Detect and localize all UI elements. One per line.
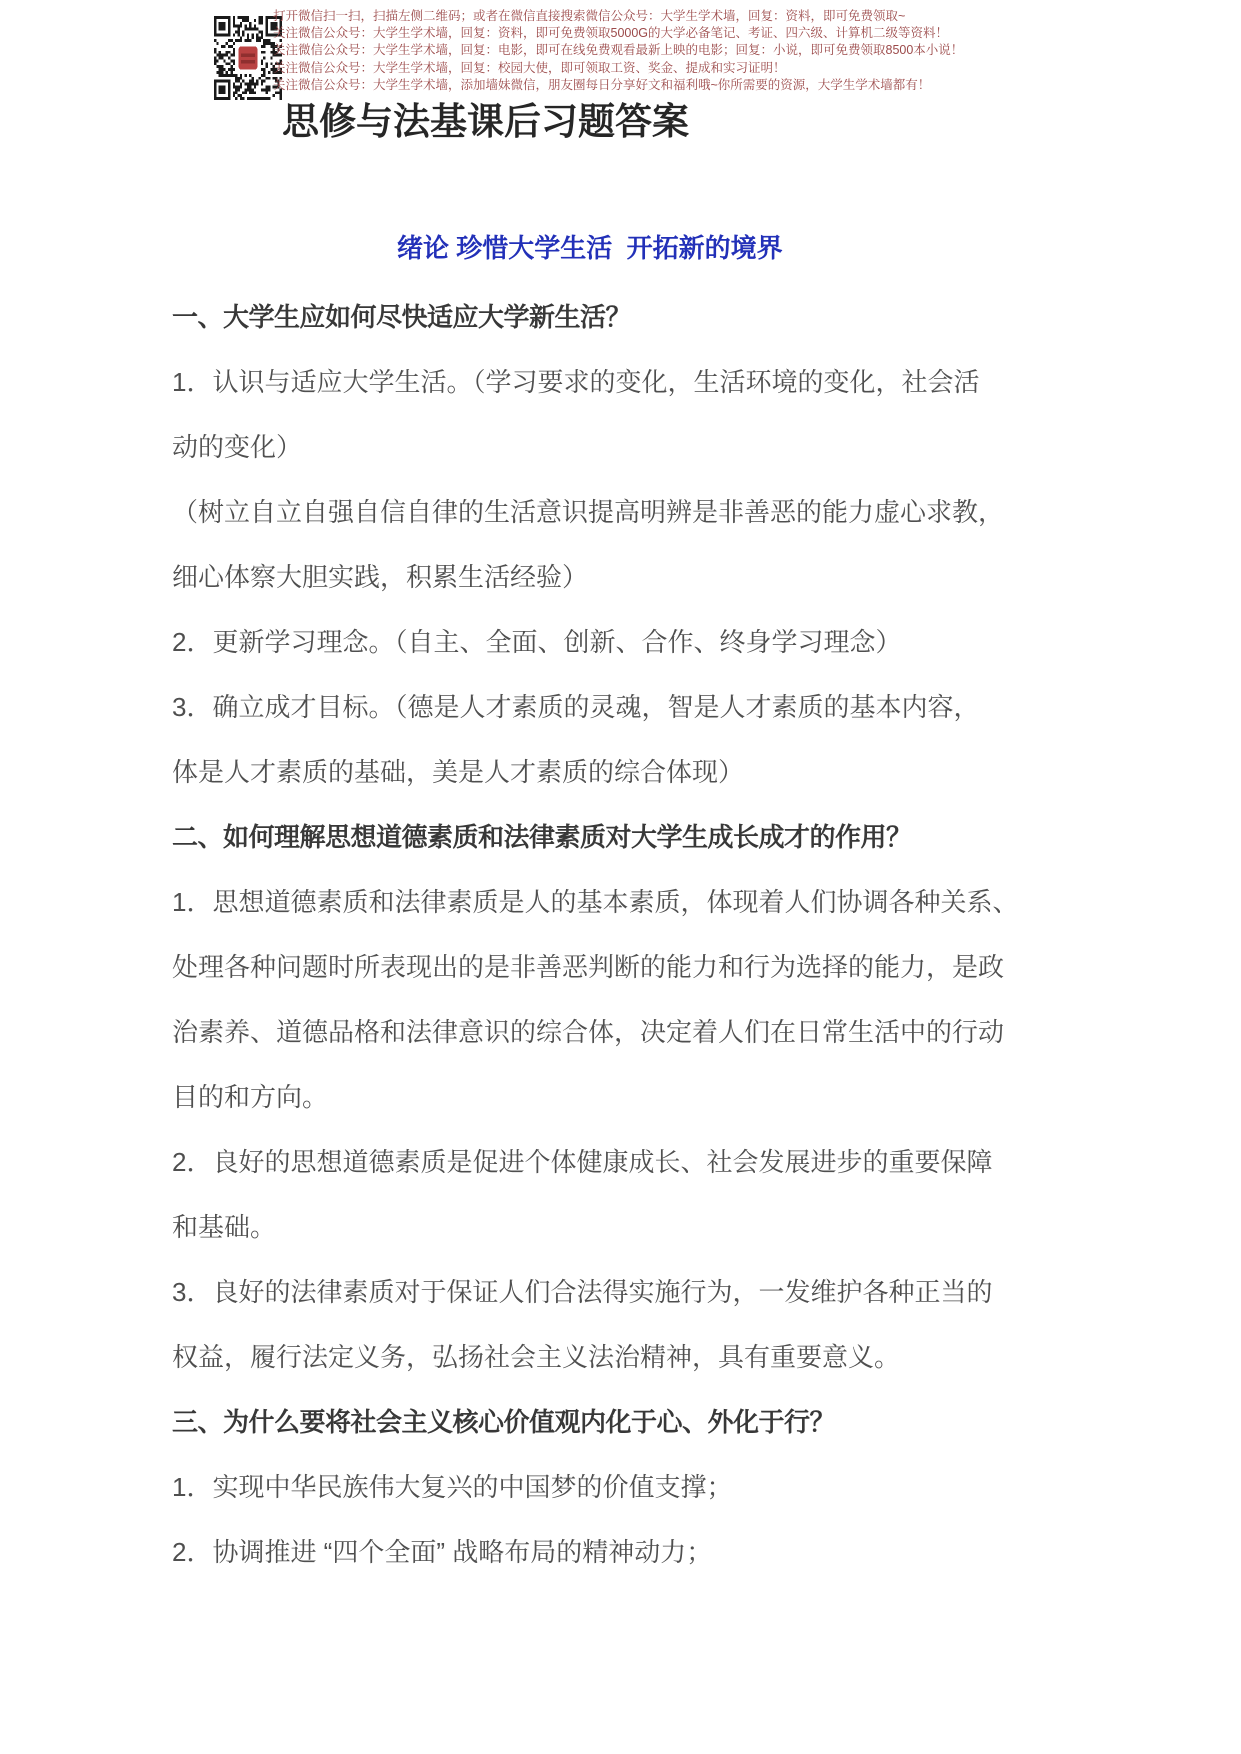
document-body: 一、大学生应如何尽快适应大学新生活？1．认识与适应大学生活。（学习要求的变化，生… [172,285,1112,1585]
text-line: 体是人才素质的基础，美是人才素质的综合体现） [172,740,1112,805]
text-line: 处理各种问题时所表现出的是非善恶判断的能力和行为选择的能力，是政 [172,935,1112,1000]
text-line: 和基础。 [172,1195,1112,1260]
text-line: 权益，履行法定义务，弘扬社会主义法治精神，具有重要意义。 [172,1325,1112,1390]
text-line: 2．良好的思想道德素质是促进个体健康成长、社会发展进步的重要保障 [172,1130,1112,1195]
text-line: 2．协调推进 “四个全面” 战略布局的精神动力； [172,1520,1112,1585]
text-line: 治素养、道德品格和法律意识的综合体，决定着人们在日常生活中的行动 [172,1000,1112,1065]
promo-notice-line: 打开微信扫一扫，扫描左侧二维码；或者在微信直接搜索微信公众号：大学生学术墙，回复… [273,8,963,25]
document-page: 打开微信扫一扫，扫描左侧二维码；或者在微信直接搜索微信公众号：大学生学术墙，回复… [0,0,1241,1754]
text-line: 细心体察大胆实践，积累生活经验） [172,545,1112,610]
text-line: （树立自立自强自信自律的生活意识提高明辨是非善恶的能力虚心求教， [172,480,1112,545]
promo-notices: 打开微信扫一扫，扫描左侧二维码；或者在微信直接搜索微信公众号：大学生学术墙，回复… [273,8,963,94]
chapter-title: 绪论 珍惜大学生活 开拓新的境界 [397,235,783,261]
text-line: 1．思想道德素质和法律素质是人的基本素质，体现着人们协调各种关系、 [172,870,1112,935]
section-heading: 二、如何理解思想道德素质和法律素质对大学生成长成才的作用？ [172,805,1112,870]
text-line: 3．良好的法律素质对于保证人们合法得实施行为，一发维护各种正当的 [172,1260,1112,1325]
text-line: 目的和方向。 [172,1065,1112,1130]
section-heading: 一、大学生应如何尽快适应大学新生活？ [172,285,1112,350]
text-line: 2．更新学习理念。（自主、全面、创新、合作、终身学习理念） [172,610,1112,675]
document-title: 思修与法基课后习题答案 [282,103,689,140]
text-line: 动的变化） [172,415,1112,480]
text-line: 1．实现中华民族伟大复兴的中国梦的价值支撑； [172,1455,1112,1520]
section-heading: 三、为什么要将社会主义核心价值观内化于心、外化于行？ [172,1390,1112,1455]
qr-code-icon [214,16,282,100]
promo-notice-line: 关注微信公众号：大学生学术墙，回复：校园大使，即可领取工资、奖金、提成和实习证明… [273,60,963,77]
promo-notice-line: 关注微信公众号：大学生学术墙，回复：资料，即可免费领取5000G的大学必备笔记、… [273,25,963,42]
text-line: 1．认识与适应大学生活。（学习要求的变化，生活环境的变化，社会活 [172,350,1112,415]
text-line: 3．确立成才目标。（德是人才素质的灵魂，智是人才素质的基本内容， [172,675,1112,740]
promo-notice-line: 关注微信公众号：大学生学术墙，回复：电影，即可在线免费观看最新上映的电影；回复：… [273,42,963,59]
promo-notice-line: 关注微信公众号：大学生学术墙，添加墙妹微信，朋友圈每日分享好文和福利哦~你所需要… [273,77,963,94]
